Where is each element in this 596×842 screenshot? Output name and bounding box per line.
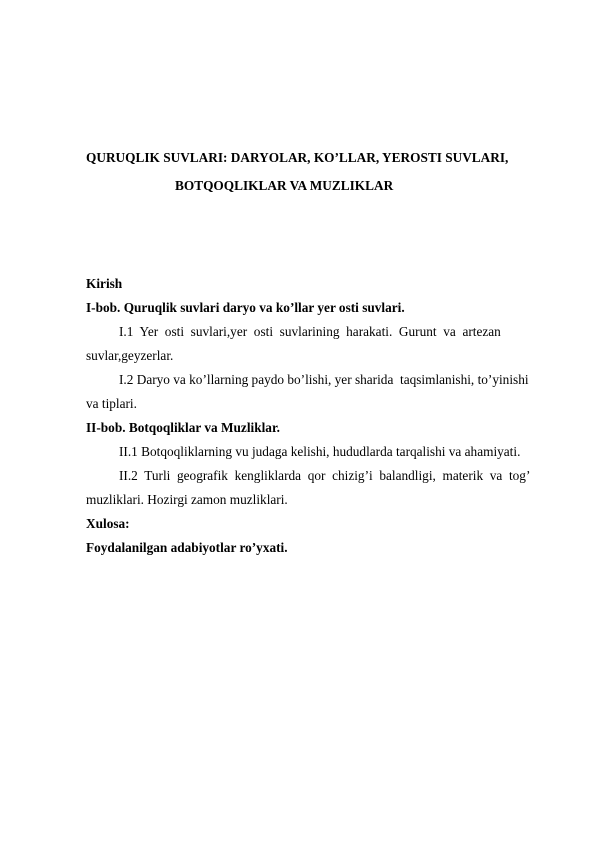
section-2-1-line-1: II.1 Botqoqliklarning vu judaga kelishi,… — [119, 444, 542, 460]
chapter-2-heading: II-bob. Botqoqliklar va Muzliklar. — [86, 420, 542, 436]
section-2-2-line-1: II.2 Turli geografik kengliklarda qor ch… — [119, 468, 542, 484]
document-title-line-1: QURUQLIK SUVLARI: DARYOLAR, KO’LLAR, YER… — [86, 150, 542, 166]
conclusion-heading: Xulosa: — [86, 516, 542, 532]
document-title-line-2: BOTQOQLIKLAR VA MUZLIKLAR — [175, 178, 596, 194]
section-1-1-line-1: I.1 Yer osti suvlari,yer osti suvlarinin… — [119, 324, 542, 340]
section-1-1-line-2: suvlar,geyzerlar. — [86, 348, 542, 364]
section-2-2-line-2: muzliklari. Hozirgi zamon muzliklari. — [86, 492, 542, 508]
section-1-2-line-2: va tiplari. — [86, 396, 542, 412]
document-page: QURUQLIK SUVLARI: DARYOLAR, KO’LLAR, YER… — [0, 0, 596, 842]
chapter-1-heading: I-bob. Quruqlik suvlari daryo va ko’llar… — [86, 300, 542, 316]
references-heading: Foydalanilgan adabiyotlar ro’yxati. — [86, 540, 542, 556]
section-1-2-line-1: I.2 Daryo va ko’llarning paydo bo’lishi,… — [119, 372, 542, 388]
intro-heading: Kirish — [86, 276, 542, 292]
